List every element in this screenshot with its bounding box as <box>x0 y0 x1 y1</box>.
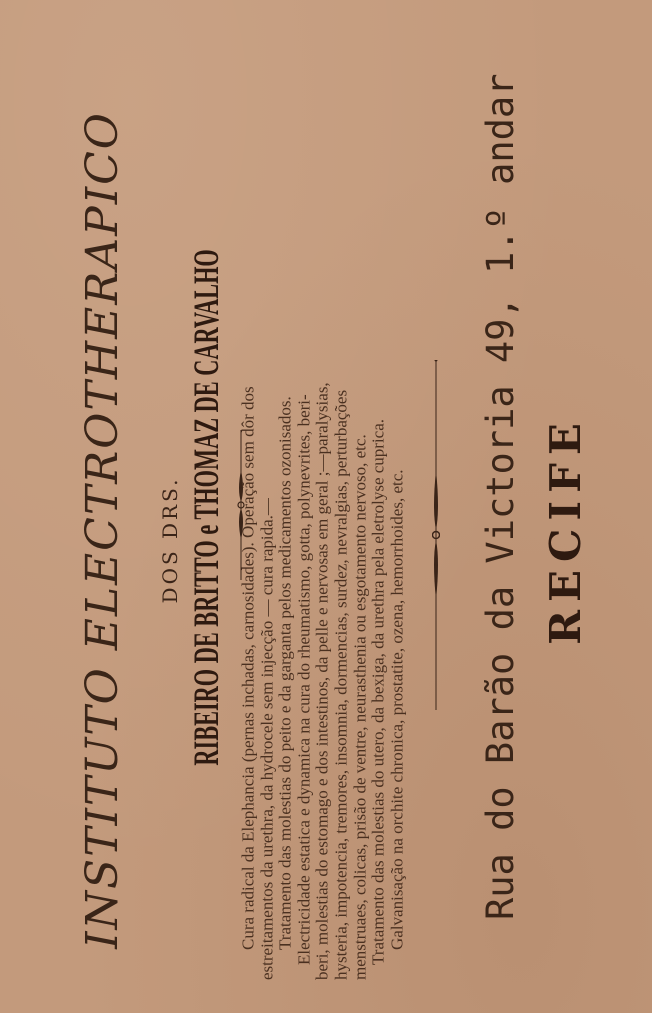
city-name: RECIFE <box>541 360 590 700</box>
address: Rua do Barão da Victoria 49, 1.º andar <box>479 140 522 920</box>
subtitle-dos-drs: DOS DRS. <box>158 420 182 660</box>
body-line: menstruaes, colicas, prisão de ventre, n… <box>351 30 370 980</box>
divider-ornament-icon <box>432 360 440 710</box>
doctors-names: RIBEIRO DE BRITTO e THOMAZ DE CARVALHO <box>185 294 227 765</box>
institute-title: INSTITUTO ELECTROTHERAPICO <box>77 110 128 950</box>
body-line: Electricidade estatica e dynamica na cur… <box>295 30 314 980</box>
body-line: hysteria, impotencia, tremores, insomnia… <box>333 30 352 980</box>
body-line: Cura radical da Elephancia (pernas incha… <box>240 30 259 980</box>
body-line: beri, molestias do estomago e dos intest… <box>314 30 333 980</box>
body-line: Tratamento das molestias do peito e da g… <box>277 30 296 980</box>
body-line: Galvanisação na orchite chronica, prosta… <box>388 30 407 980</box>
treatments-text: Cura radical da Elephancia (pernas incha… <box>240 30 407 980</box>
body-line: estreitamentos da urethra, da hydrocele … <box>258 30 277 980</box>
body-line: Tratamento das molestias do utero, da be… <box>370 30 389 980</box>
rotated-document: INSTITUTO ELECTROTHERAPICO DOS DRS. RIBE… <box>0 0 652 1013</box>
